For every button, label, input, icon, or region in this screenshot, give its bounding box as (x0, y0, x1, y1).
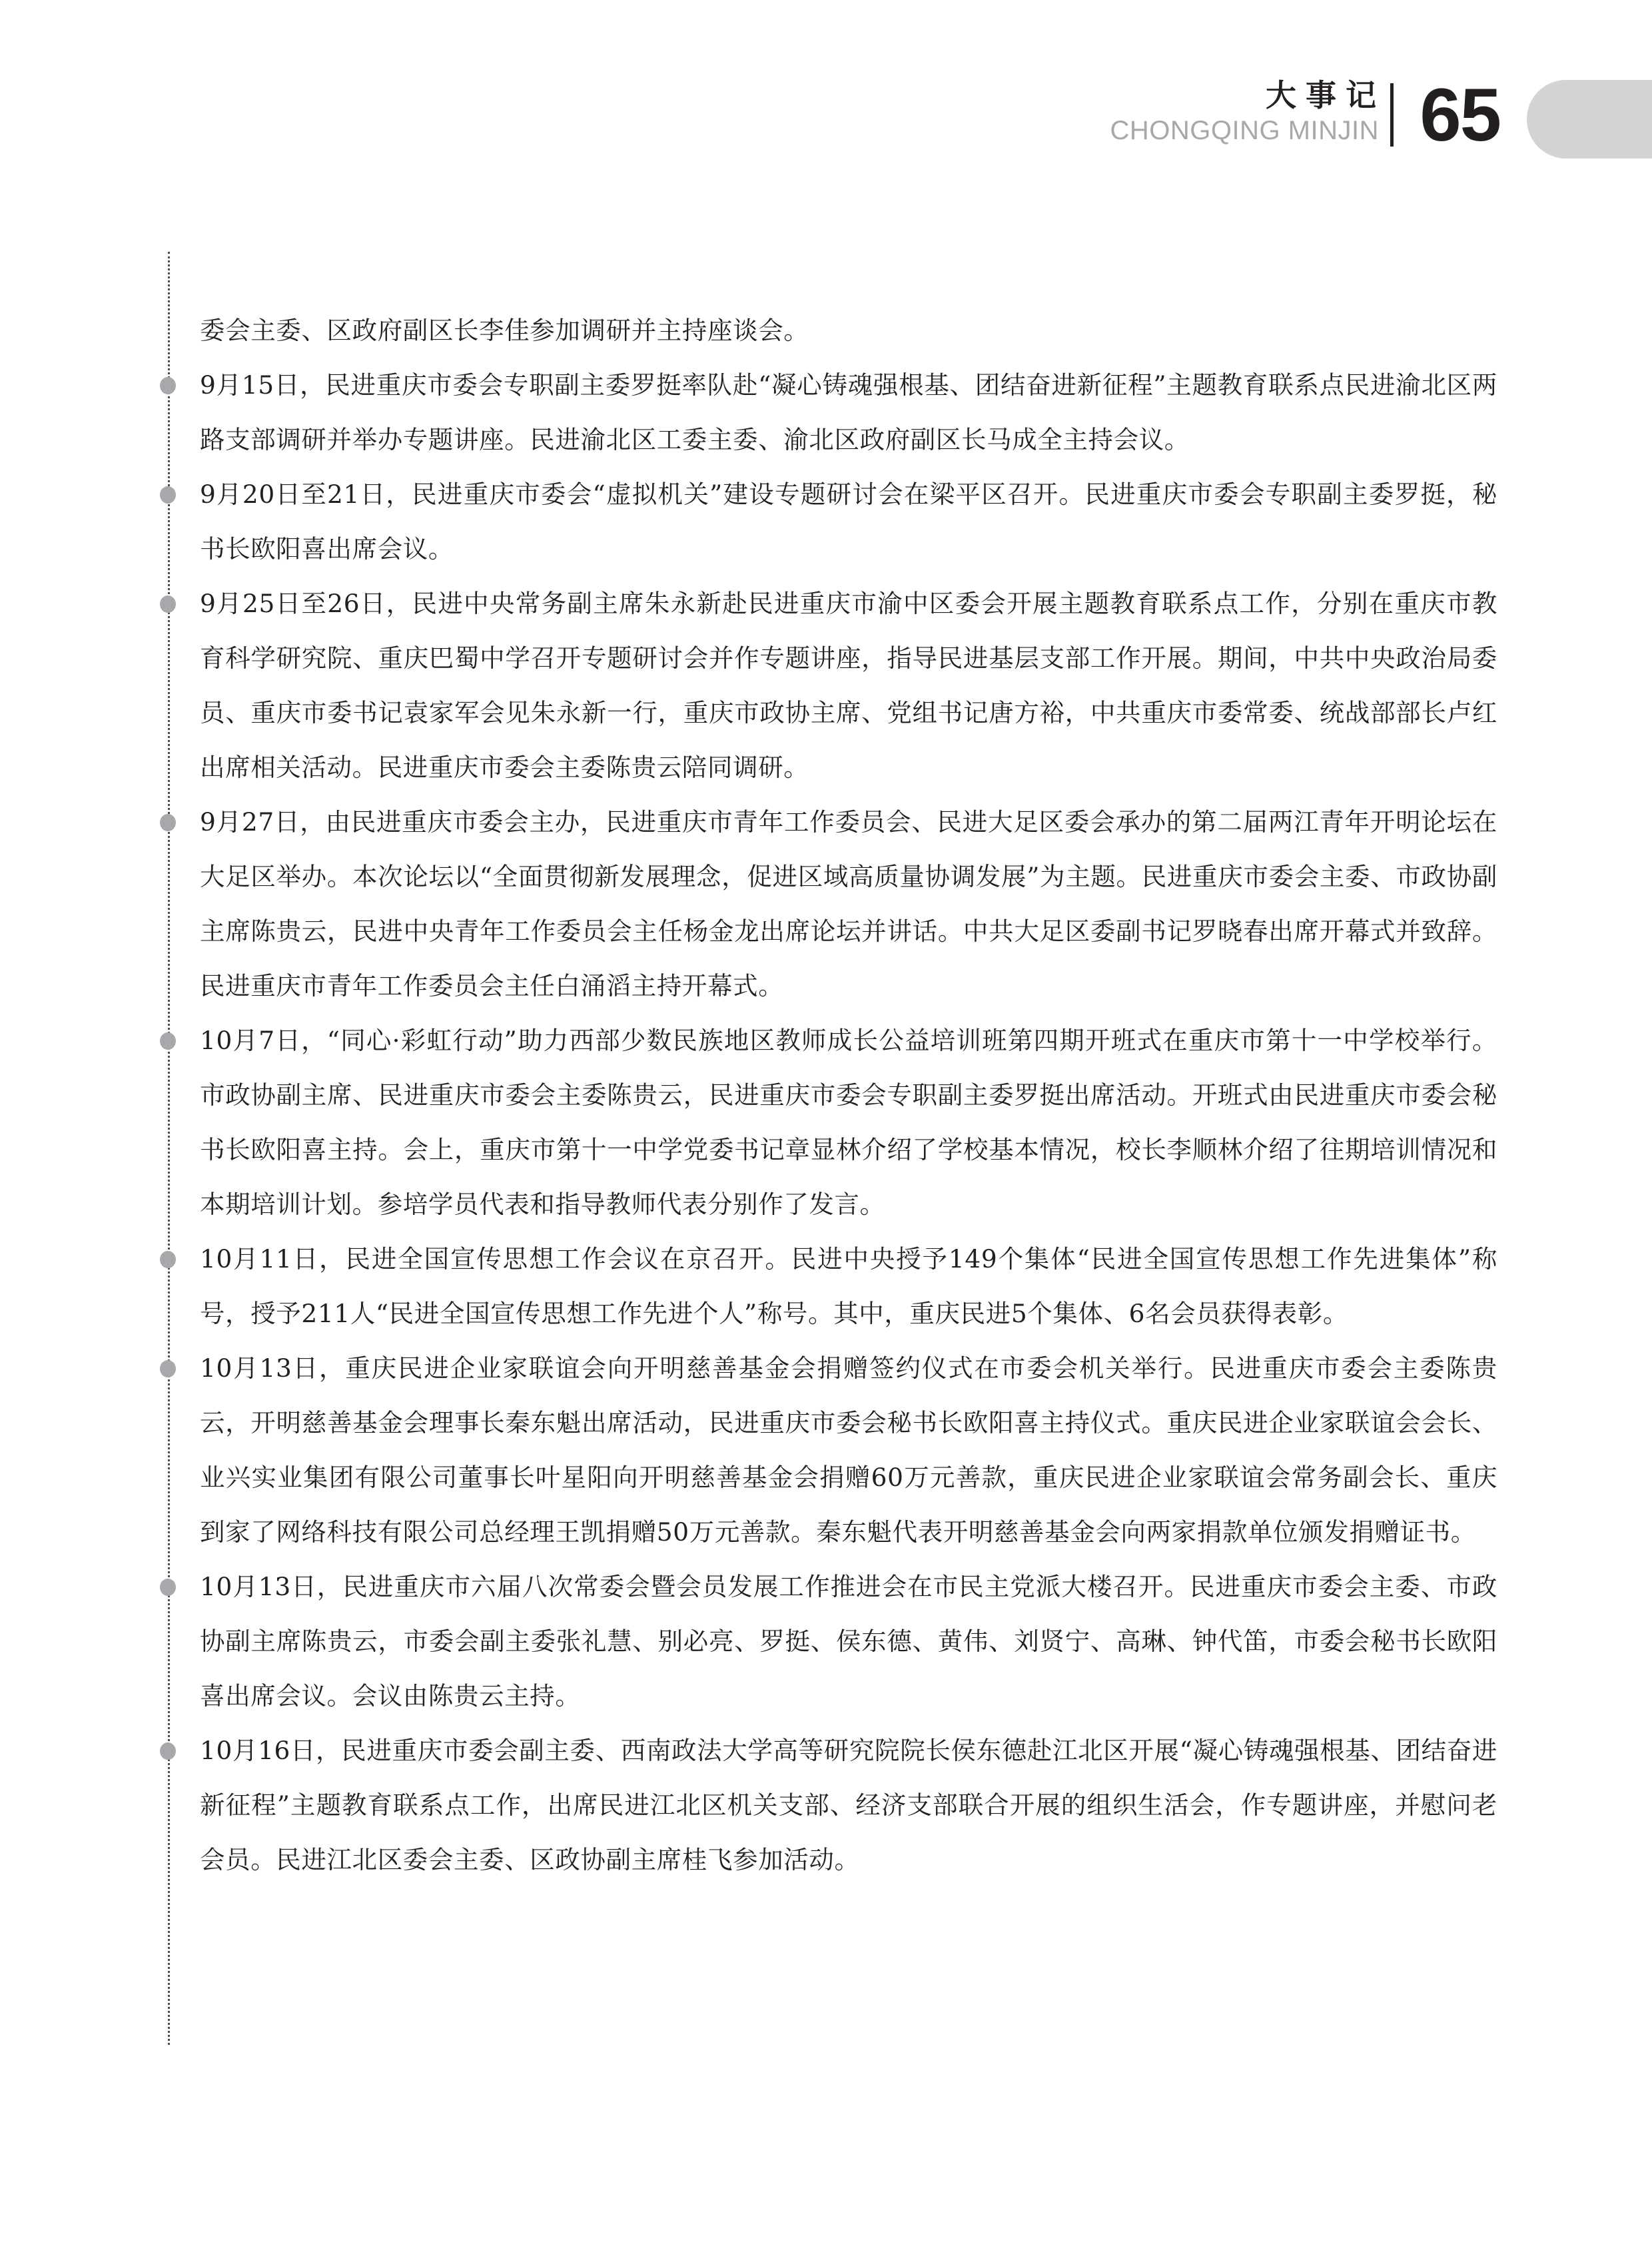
timeline-entry: 9月25日至26日，民进中央常务副主席朱永新赴民进重庆市渝中区委会开展主题教育联… (200, 576, 1497, 795)
continued-entry: 委会主委、区政府副区长李佳参加调研并主持座谈会。 (200, 303, 1497, 358)
header-titles: 大事记 CHONGQING MINJIN (1110, 77, 1379, 146)
timeline-entry: 9月20日至21日，民进重庆市委会“虚拟机关”建设专题研讨会在梁平区召开。民进重… (200, 467, 1497, 576)
timeline-dotted-line (168, 252, 170, 2045)
timeline-entry: 10月13日，民进重庆市六届八次常委会暨会员发展工作推进会在市民主党派大楼召开。… (200, 1559, 1497, 1723)
bullet-dot-icon (160, 814, 176, 831)
header-divider (1390, 83, 1394, 147)
entry-text: 10月13日，重庆民进企业家联谊会向开明慈善基金会捐赠签约仪式在市委会机关举行。… (200, 1341, 1497, 1559)
timeline-entry: 9月27日，由民进重庆市委会主办，民进重庆市青年工作委员会、民进大足区委会承办的… (200, 795, 1497, 1013)
bullet-dot-icon (160, 377, 176, 394)
bullet-dot-icon (160, 1360, 176, 1377)
publication-subtitle: CHONGQING MINJIN (1110, 115, 1379, 146)
bullet-dot-icon (160, 1579, 176, 1596)
section-title: 大事记 (1110, 77, 1386, 114)
page-number: 65 (1420, 83, 1500, 147)
bullet-dot-icon (160, 595, 176, 613)
timeline-entry: 9月15日，民进重庆市委会专职副主委罗挺率队赴“凝心铸魂强根基、团结奋进新征程”… (200, 358, 1497, 467)
entry-text: 9月20日至21日，民进重庆市委会“虚拟机关”建设专题研讨会在梁平区召开。民进重… (200, 467, 1497, 576)
page-edge-tab (1527, 80, 1652, 159)
timeline-entry: 10月7日，“同心·彩虹行动”助力西部少数民族地区教师成长公益培训班第四期开班式… (200, 1013, 1497, 1232)
entry-text: 9月15日，民进重庆市委会专职副主委罗挺率队赴“凝心铸魂强根基、团结奋进新征程”… (200, 358, 1497, 467)
bullet-dot-icon (160, 1742, 176, 1760)
timeline-entry: 10月16日，民进重庆市委会副主委、西南政法大学高等研究院院长侯东德赴江北区开展… (200, 1723, 1497, 1887)
bullet-dot-icon (160, 1032, 176, 1050)
timeline-entry: 10月11日，民进全国宣传思想工作会议在京召开。民进中央授予149个集体“民进全… (200, 1232, 1497, 1341)
entry-text: 10月16日，民进重庆市委会副主委、西南政法大学高等研究院院长侯东德赴江北区开展… (200, 1723, 1497, 1887)
timeline-entry: 10月13日，重庆民进企业家联谊会向开明慈善基金会捐赠签约仪式在市委会机关举行。… (200, 1341, 1497, 1559)
entry-text: 10月7日，“同心·彩虹行动”助力西部少数民族地区教师成长公益培训班第四期开班式… (200, 1013, 1497, 1232)
bullet-dot-icon (160, 486, 176, 504)
entry-text: 10月13日，民进重庆市六届八次常委会暨会员发展工作推进会在市民主党派大楼召开。… (200, 1559, 1497, 1723)
timeline-content: 委会主委、区政府副区长李佳参加调研并主持座谈会。 9月15日，民进重庆市委会专职… (200, 303, 1497, 1887)
bullet-dot-icon (160, 1251, 176, 1268)
page-header: 大事记 CHONGQING MINJIN 65 (1052, 77, 1652, 160)
entry-text: 10月11日，民进全国宣传思想工作会议在京召开。民进中央授予149个集体“民进全… (200, 1232, 1497, 1341)
entry-text: 9月25日至26日，民进中央常务副主席朱永新赴民进重庆市渝中区委会开展主题教育联… (200, 576, 1497, 795)
entry-text: 9月27日，由民进重庆市委会主办，民进重庆市青年工作委员会、民进大足区委会承办的… (200, 795, 1497, 1013)
continued-entry-text: 委会主委、区政府副区长李佳参加调研并主持座谈会。 (200, 303, 1497, 358)
